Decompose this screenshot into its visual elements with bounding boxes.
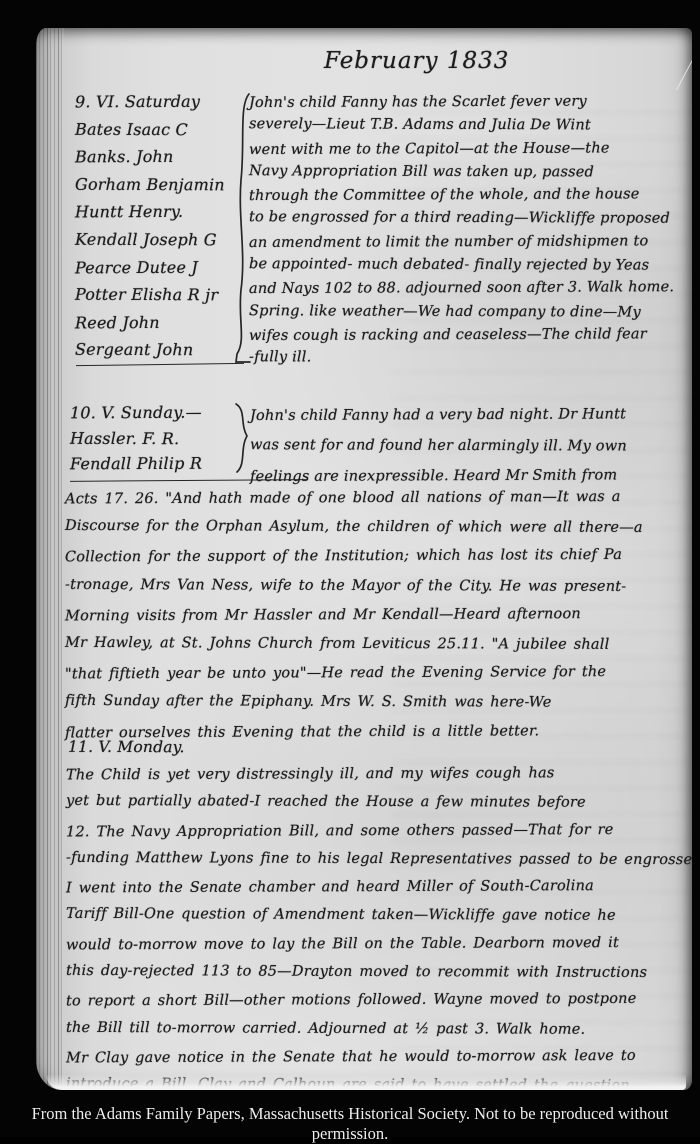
manuscript-line: Morning visits from Mr Hassler and Mr Ke… (65, 599, 692, 631)
manuscript-line: would to-morrow move to lay the Bill on … (66, 928, 692, 959)
manuscript-line: Mr Clay gave notice in the Senate that h… (66, 1042, 692, 1073)
entry1-name: Huntt Henry. (75, 198, 225, 226)
manuscript-line: I went into the Senate chamber and heard… (66, 872, 692, 903)
entry3-date: 11. V. Monday. (68, 738, 185, 756)
manuscript-line: -tronage, Mrs Van Ness, wife to the Mayo… (65, 571, 692, 602)
manuscript-line: fifth Sunday after the Epiphany. Mrs W. … (65, 687, 692, 718)
manuscript-line: John's child Fanny has the Scarlet fever… (249, 90, 692, 115)
manuscript-line: Navy Appropriation Bill was taken up, pa… (249, 160, 692, 185)
manuscript-line: Acts 17. 26. "And hath made of one blood… (65, 483, 692, 515)
manuscript-line: Mr Hawley, at St. Johns Church from Levi… (65, 629, 692, 660)
manuscript-line: -fully ill. (249, 346, 692, 371)
entry1-name: Reed John (75, 308, 225, 336)
entry2-date: 10. V. Sunday.— (70, 400, 202, 426)
manuscript-line: was sent for and found her alarmingly il… (250, 430, 692, 462)
entry2-body-beside-names: John's child Fanny had a very bad night.… (250, 400, 692, 492)
entry3-body: The Child is yet very distressingly ill,… (66, 760, 692, 1090)
entry1-name: Bates Isaac C (75, 115, 225, 143)
diary-page: February 1833 9. VI. Saturday Bates Isaa… (36, 28, 692, 1090)
manuscript-line: and Nays 102 to 88. adjourned soon after… (249, 276, 692, 301)
manuscript-line: severely—Lieut T.B. Adams and Julia De W… (249, 113, 692, 138)
entry1-body: John's child Fanny has the Scarlet fever… (249, 91, 692, 371)
manuscript-line: "that fiftieth year be unto you"—He read… (65, 658, 692, 690)
entry1-name: Gorham Benjamin (75, 171, 225, 199)
page-title: February 1833 (324, 48, 509, 74)
manuscript-line: went with me to the Capitol—at the House… (249, 137, 692, 162)
manuscript-photo: February 1833 9. VI. Saturday Bates Isaa… (0, 0, 700, 1137)
entry1-name: Kendall Joseph G (75, 226, 225, 254)
manuscript-line: to be engrossed for a third reading—Wick… (249, 207, 692, 232)
entry2-name: Fendall Philip R (70, 451, 202, 477)
manuscript-line: be appointed- much debated- finally reje… (249, 253, 692, 278)
manuscript-line: John's child Fanny had a very bad night.… (250, 399, 692, 432)
entry1-names-column: 9. VI. Saturday Bates Isaac C Banks. Joh… (75, 88, 225, 364)
entry1-name: Sergeant John (75, 336, 225, 364)
entry2-body-full-width: Acts 17. 26. "And hath made of one blood… (65, 484, 692, 747)
page-bottom-edge (46, 1074, 686, 1090)
entry2-names-column: 10. V. Sunday.— Hassler. F. R. Fendall P… (70, 400, 202, 477)
entry2-name: Hassler. F. R. (70, 425, 202, 451)
manuscript-line: 12. The Navy Appropriation Bill, and som… (66, 815, 692, 846)
manuscript-line: this day-rejected 113 to 85—Drayton move… (66, 957, 692, 988)
archive-caption: From the Adams Family Papers, Massachuse… (0, 1104, 700, 1137)
entry1-name: Banks. John (75, 143, 225, 171)
manuscript-line: yet but partially abated-I reached the H… (66, 787, 692, 818)
scratch-mark (676, 60, 692, 90)
manuscript-line: Tariff Bill-One question of Amendment ta… (66, 900, 692, 931)
entry1-name: Pearce Dutee J (75, 253, 225, 281)
entry1-name: Potter Elisha R jr (75, 281, 225, 309)
manuscript-line: Spring. like weather—We had company to d… (249, 300, 692, 325)
manuscript-line: through the Committee of the whole, and … (249, 183, 692, 208)
entry1-date: 9. VI. Saturday (75, 88, 225, 116)
manuscript-line: -funding Matthew Lyons fine to his legal… (66, 844, 692, 875)
manuscript-line: Collection for the support of the Instit… (65, 541, 692, 573)
manuscript-line: Discourse for the Orphan Asylum, the chi… (65, 512, 692, 543)
manuscript-line: to report a short Bill—other motions fol… (66, 985, 692, 1016)
manuscript-line: wifes cough is racking and ceaseless—The… (249, 323, 692, 348)
manuscript-line: The Child is yet very distressingly ill,… (66, 759, 692, 790)
book-page-edges (36, 28, 64, 1090)
manuscript-line: the Bill till to-morrow carried. Adjourn… (66, 1014, 692, 1045)
manuscript-line: an amendment to limit the number of mids… (249, 230, 692, 255)
